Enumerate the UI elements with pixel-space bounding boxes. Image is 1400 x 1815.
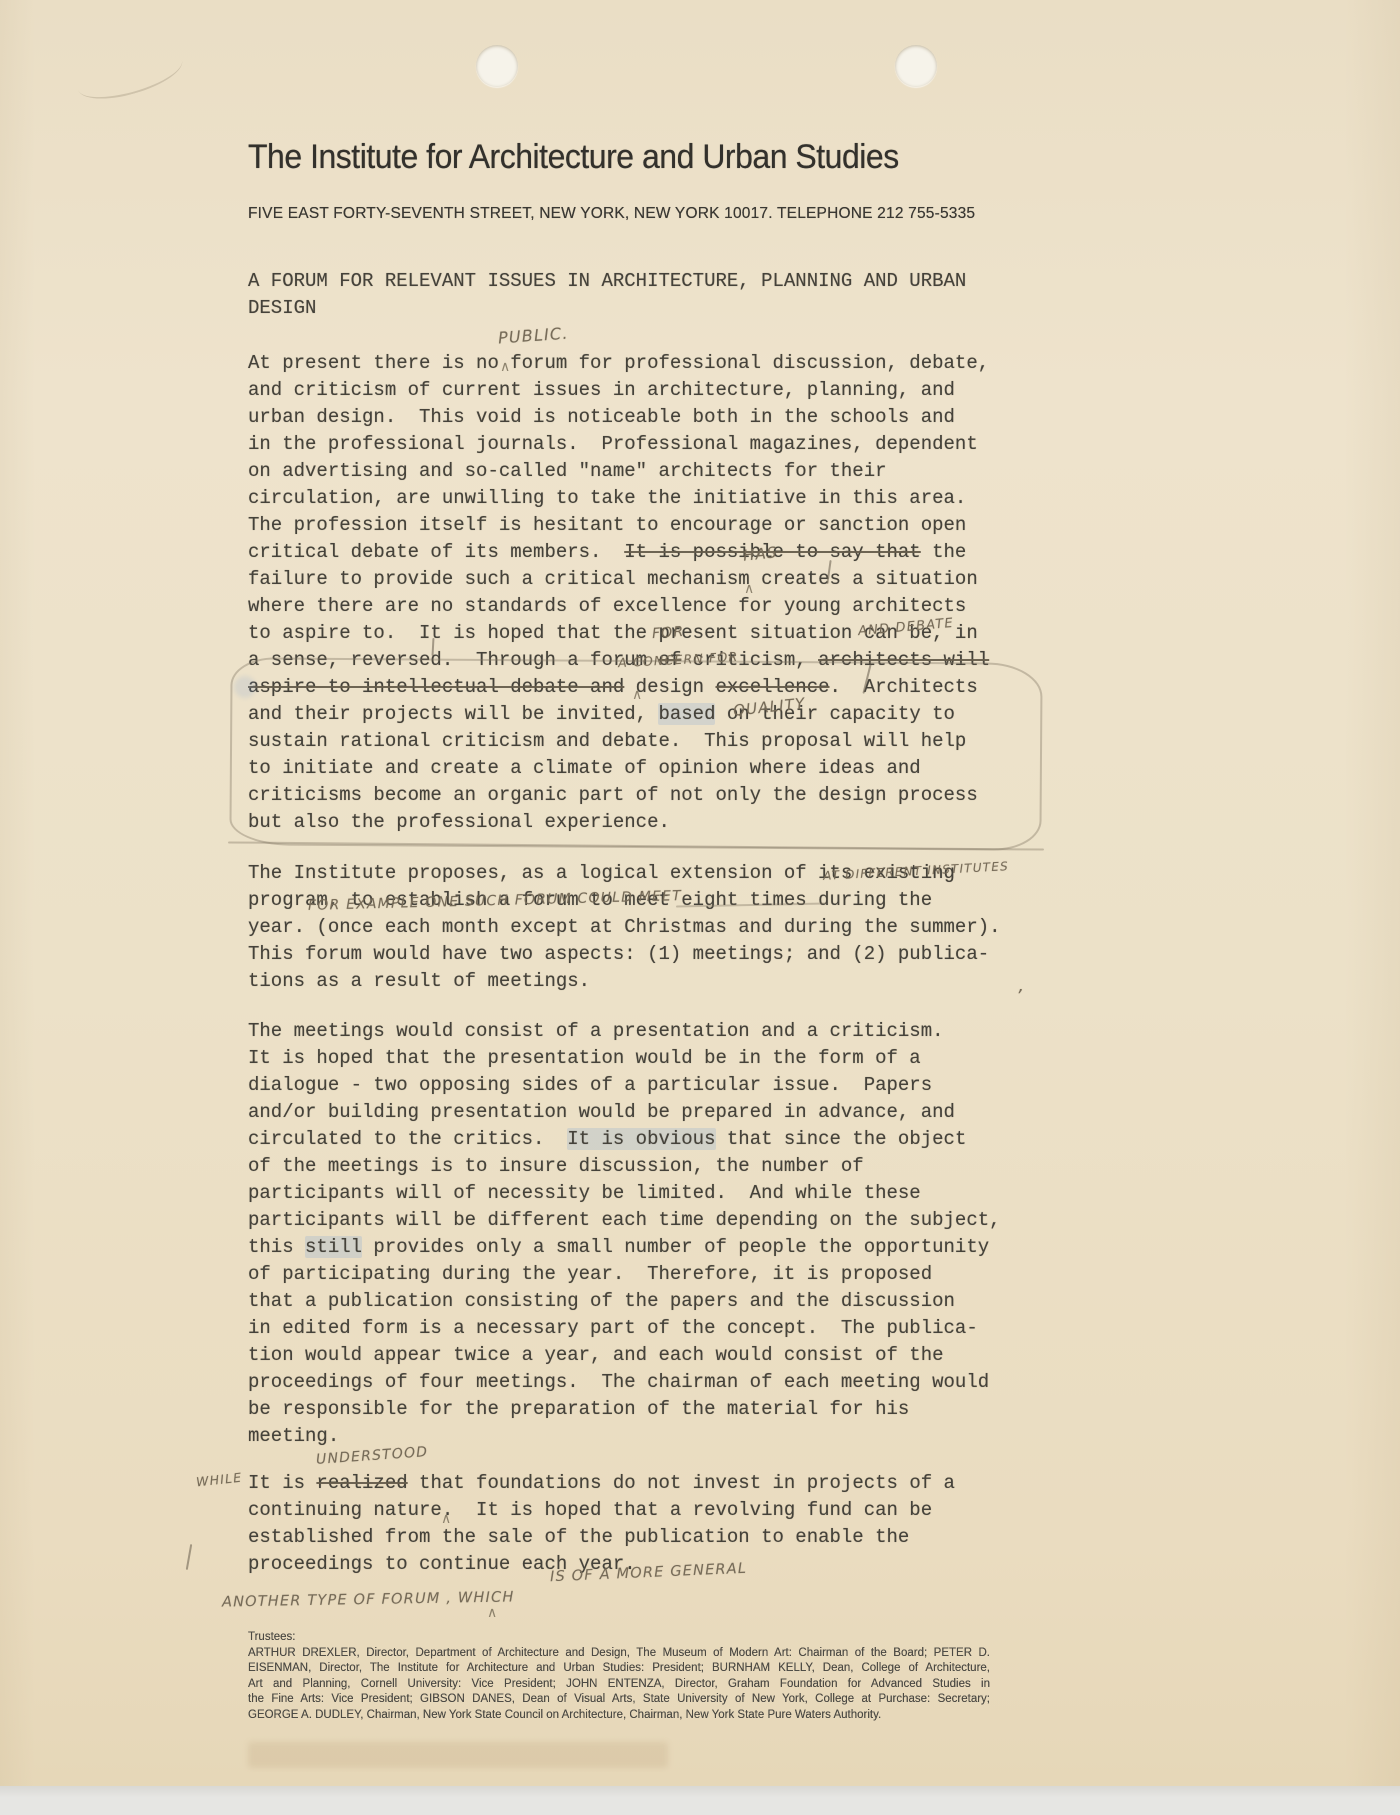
typed-line: The profession itself is hesitant to enc… bbox=[248, 512, 989, 539]
typed-line: DESIGN bbox=[248, 295, 966, 322]
typed-segment: of the meetings is to insure discussion,… bbox=[248, 1155, 864, 1177]
typed-line: It is realized that foundations do not i… bbox=[248, 1470, 955, 1497]
trustees-footer: Trustees: ARTHUR DREXLER, Director, Depa… bbox=[248, 1630, 990, 1723]
typed-segment: realized bbox=[316, 1472, 407, 1494]
handwritten-note: FOR bbox=[651, 624, 684, 642]
typed-paragraph: The Institute proposes, as a logical ext… bbox=[248, 860, 1001, 995]
typed-segment: of participating during the year. Theref… bbox=[248, 1263, 932, 1285]
typed-segment: this bbox=[248, 1236, 305, 1258]
typed-segment: dialogue - two opposing sides of a parti… bbox=[248, 1074, 932, 1096]
typed-segment: on advertising and so-called "name" arch… bbox=[248, 460, 887, 482]
typed-segment: DESIGN bbox=[248, 297, 316, 319]
typed-line: critical debate of its members. It is po… bbox=[248, 539, 989, 566]
caret-mark: ∧ bbox=[441, 1512, 451, 1526]
typed-segment: year. (once each month except at Christm… bbox=[248, 916, 1001, 938]
typed-segment: in the professional journals. Profession… bbox=[248, 433, 978, 455]
typed-segment: still bbox=[305, 1236, 362, 1258]
trustees-line: Art and Planning, Cornell University: Vi… bbox=[248, 1677, 990, 1693]
typed-segment: participants will of necessity be limite… bbox=[248, 1182, 921, 1204]
trustees-line: ARTHUR DREXLER, Director, Department of … bbox=[248, 1646, 990, 1662]
typed-segment: critical debate of its members. bbox=[248, 541, 624, 563]
typed-line: meeting. bbox=[248, 1423, 1001, 1450]
typed-paragraph: The meetings would consist of a presenta… bbox=[248, 1018, 1001, 1450]
typed-segment: urban design. This void is noticeable bo… bbox=[248, 406, 955, 428]
typed-line: circulation, are unwilling to take the i… bbox=[248, 485, 989, 512]
letterhead-title: The Institute for Architecture and Urban… bbox=[248, 138, 899, 177]
typed-segment: The profession itself is hesitant to enc… bbox=[248, 514, 966, 536]
typed-line: A FORUM FOR RELEVANT ISSUES IN ARCHITECT… bbox=[248, 268, 966, 295]
typed-paragraph: It is realized that foundations do not i… bbox=[248, 1470, 955, 1578]
typed-segment: be responsible for the preparation of th… bbox=[248, 1398, 909, 1420]
typed-line: tions as a result of meetings. bbox=[248, 968, 1001, 995]
typed-line: urban design. This void is noticeable bo… bbox=[248, 404, 989, 431]
typed-segment: and/or building presentation would be pr… bbox=[248, 1101, 955, 1123]
typed-line: participants will of necessity be limite… bbox=[248, 1180, 1001, 1207]
typed-paragraph: A FORUM FOR RELEVANT ISSUES IN ARCHITECT… bbox=[248, 268, 966, 322]
typed-segment: circulation, are unwilling to take the i… bbox=[248, 487, 966, 509]
typed-line: year. (once each month except at Christm… bbox=[248, 914, 1001, 941]
punch-hole-right bbox=[895, 45, 937, 87]
typed-line: proceedings of four meetings. The chairm… bbox=[248, 1369, 1001, 1396]
typed-line: continuing nature. It is hoped that a re… bbox=[248, 1497, 955, 1524]
typed-segment: This forum would have two aspects: (1) m… bbox=[248, 943, 989, 965]
typed-segment: circulated to the critics. bbox=[248, 1128, 567, 1150]
trustees-line: GEORGE A. DUDLEY, Chairman, New York Sta… bbox=[248, 1708, 990, 1724]
typed-line: participants will be different each time… bbox=[248, 1207, 1001, 1234]
typed-segment: the bbox=[921, 541, 967, 563]
typed-segment: that since the object bbox=[716, 1128, 967, 1150]
typed-segment: It is hoped that the presentation would … bbox=[248, 1047, 921, 1069]
typed-segment: continuing nature. It is hoped that a re… bbox=[248, 1499, 932, 1521]
trustees-lines: ARTHUR DREXLER, Director, Department of … bbox=[248, 1646, 990, 1724]
typed-segment: failure to provide such a critical mecha… bbox=[248, 568, 978, 590]
typed-line: in the professional journals. Profession… bbox=[248, 431, 989, 458]
typed-line: tion would appear twice a year, and each… bbox=[248, 1342, 1001, 1369]
typed-line: of the meetings is to insure discussion,… bbox=[248, 1153, 1001, 1180]
paper-sheet: The Institute for Architecture and Urban… bbox=[0, 0, 1400, 1786]
punch-hole-left bbox=[476, 45, 518, 87]
typed-line: that a publication consisting of the pap… bbox=[248, 1288, 1001, 1315]
pencil-loop-mark bbox=[229, 657, 1042, 851]
typed-segment: participants will be different each time… bbox=[248, 1209, 1001, 1231]
typed-segment: and criticism of current issues in archi… bbox=[248, 379, 955, 401]
handwritten-note: WHILE bbox=[195, 1470, 243, 1490]
typed-segment: At present there is no forum for profess… bbox=[248, 352, 989, 374]
typed-line: established from the sale of the publica… bbox=[248, 1524, 955, 1551]
typed-segment: It is obvious bbox=[567, 1128, 715, 1150]
handwritten-note: ’ bbox=[1016, 986, 1023, 1007]
typed-line: The meetings would consist of a presenta… bbox=[248, 1018, 1001, 1045]
typed-line: of participating during the year. Theref… bbox=[248, 1261, 1001, 1288]
typed-line: be responsible for the preparation of th… bbox=[248, 1396, 1001, 1423]
typed-segment: meeting. bbox=[248, 1425, 339, 1447]
handwritten-note: HAS bbox=[742, 543, 778, 565]
typed-segment: It is bbox=[248, 1472, 316, 1494]
typed-line: At present there is no forum for profess… bbox=[248, 350, 989, 377]
trustees-line: EISENMAN, Director, The Institute for Ar… bbox=[248, 1661, 990, 1677]
typed-line: this still provides only a small number … bbox=[248, 1234, 1001, 1261]
caret-mark: ∧ bbox=[500, 360, 510, 374]
typed-segment: established from the sale of the publica… bbox=[248, 1526, 909, 1548]
typed-line: It is hoped that the presentation would … bbox=[248, 1045, 1001, 1072]
typed-segment: in edited form is a necessary part of th… bbox=[248, 1317, 978, 1339]
pencil-slash-mark bbox=[186, 1544, 192, 1570]
scanner-background bbox=[0, 1786, 1400, 1815]
typed-segment: that a publication consisting of the pap… bbox=[248, 1290, 955, 1312]
typed-line: This forum would have two aspects: (1) m… bbox=[248, 941, 1001, 968]
typed-line: in edited form is a necessary part of th… bbox=[248, 1315, 1001, 1342]
scanned-document-page: { "colors":{ "paper":"#ece1c8", "ink":"#… bbox=[0, 0, 1400, 1815]
typed-line: failure to provide such a critical mecha… bbox=[248, 566, 989, 593]
typed-segment: The meetings would consist of a presenta… bbox=[248, 1020, 944, 1042]
typed-segment: A FORUM FOR RELEVANT ISSUES IN ARCHITECT… bbox=[248, 270, 966, 292]
handwritten-note: ANOTHER TYPE OF FORUM , WHICH bbox=[222, 1589, 515, 1610]
letterhead-address: FIVE EAST FORTY-SEVENTH STREET, NEW YORK… bbox=[248, 205, 975, 223]
typed-segment: where there are no standards of excellen… bbox=[248, 595, 966, 617]
pencil-smudge-mark bbox=[248, 1742, 668, 1768]
pencil-blot-mark bbox=[234, 676, 256, 698]
typed-line: where there are no standards of excellen… bbox=[248, 593, 989, 620]
handwritten-note: PUBLIC. bbox=[497, 324, 569, 348]
typed-line: dialogue - two opposing sides of a parti… bbox=[248, 1072, 1001, 1099]
typed-line: and criticism of current issues in archi… bbox=[248, 377, 989, 404]
caret-mark: ∧ bbox=[487, 1606, 497, 1620]
trustees-line: the Fine Arts: Vice President; GIBSON DA… bbox=[248, 1692, 990, 1708]
typed-line: on advertising and so-called "name" arch… bbox=[248, 458, 989, 485]
typed-segment: tions as a result of meetings. bbox=[248, 970, 590, 992]
typed-line: and/or building presentation would be pr… bbox=[248, 1099, 1001, 1126]
typed-segment: tion would appear twice a year, and each… bbox=[248, 1344, 944, 1366]
typed-segment: that foundations do not invest in projec… bbox=[408, 1472, 955, 1494]
pencil-scribble-mark bbox=[73, 42, 187, 108]
typed-segment: provides only a small number of people t… bbox=[362, 1236, 989, 1258]
caret-mark: ∧ bbox=[744, 582, 754, 596]
trustees-label: Trustees: bbox=[248, 1630, 990, 1646]
typed-segment: proceedings of four meetings. The chairm… bbox=[248, 1371, 989, 1393]
typed-line: circulated to the critics. It is obvious… bbox=[248, 1126, 1001, 1153]
